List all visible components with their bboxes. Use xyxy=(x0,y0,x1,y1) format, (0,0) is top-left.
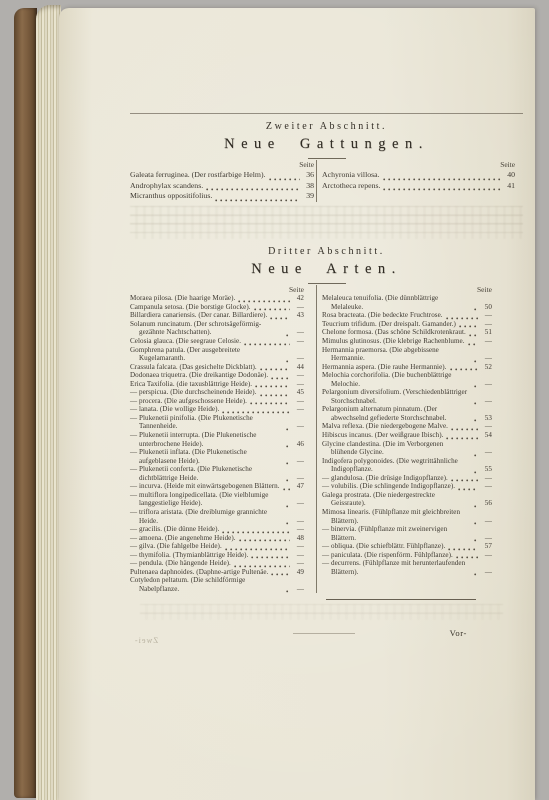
index-entry: — multiflora longipedicellata. (Die viel… xyxy=(130,491,304,508)
entry-text: — thymifolia. (Thymianblättrige Heide). xyxy=(130,551,248,560)
dot-leader xyxy=(469,330,478,337)
dot-leader xyxy=(244,339,290,346)
dot-leader xyxy=(250,398,290,405)
index-entry: — Plukenetii inflata. (Die Plukenetische… xyxy=(130,448,304,465)
entry-text: Achyronia villosa. xyxy=(322,170,380,181)
entry-text: Campanula setosa. (Die borstige Glocke). xyxy=(130,303,251,312)
index-entry: — Plukenetii pinifolia. (Die Plukenetisc… xyxy=(130,414,304,431)
entry-text: Crassula falcata. (Das gesichelte Dickbl… xyxy=(130,363,257,372)
entry-page-number: — xyxy=(291,371,304,380)
index-entry: — glandulosa. (Die drüsige Indigopflanze… xyxy=(322,474,492,483)
dot-leader xyxy=(286,475,290,482)
entry-text: — pendula. (Die hängende Heide). xyxy=(130,559,231,568)
entry-page-number: — xyxy=(291,337,304,346)
entry-text: Pelargonium alternatum pinnatum. (Der ab… xyxy=(322,405,471,422)
entry-page-number: 50 xyxy=(479,303,492,312)
entry-page-number: 51 xyxy=(479,328,492,337)
entry-text: — obliqua. (Die schiefblättr. Fühlpflanz… xyxy=(322,542,445,551)
heading-rule xyxy=(308,283,346,284)
entry-text: — perspicua. (Die durchscheinende Heide)… xyxy=(130,388,257,397)
dot-leader xyxy=(450,364,478,371)
entry-text: Gomphrena patula. (Der ausgebreitete Kug… xyxy=(130,346,283,363)
dot-leader xyxy=(254,304,290,311)
dot-leader xyxy=(286,501,290,508)
dot-leader xyxy=(286,586,290,593)
entry-text: — decurrens. (Fühlpflanze mit herunterla… xyxy=(322,559,471,576)
page-edges-stack xyxy=(36,5,61,800)
dot-leader xyxy=(286,441,290,448)
entry-text: — glandulosa. (Die drüsige Indigopflanze… xyxy=(322,474,448,483)
bleed-through-band xyxy=(140,604,503,620)
dot-leader xyxy=(474,518,478,525)
catchword: Vor- xyxy=(450,628,467,638)
entry-page-number: — xyxy=(291,559,304,568)
dot-leader xyxy=(474,569,478,576)
entry-page-number: 36 xyxy=(301,170,314,181)
section-arten-heading: Neue Arten. xyxy=(130,261,523,278)
index-entry: Pultenaea daphnoides. (Daphne-artige Pul… xyxy=(130,568,304,577)
index-entry: — thymifolia. (Thymianblättrige Heide). … xyxy=(130,551,304,560)
entry-page-number: 49 xyxy=(291,568,304,577)
entry-text: Billardiera canariensis. (Der canar. Bil… xyxy=(130,311,267,320)
index-entry: Pelargonium diversifolium. (Verschiedenb… xyxy=(322,388,492,405)
entry-text: — Plukenetii pinifolia. (Die Plukenetisc… xyxy=(130,414,283,431)
entry-text: Androphylax scandens. xyxy=(130,181,203,192)
entry-text: — lanata. (Die wollige Heide). xyxy=(130,405,219,414)
dot-leader xyxy=(474,467,478,474)
dot-leader xyxy=(474,501,478,508)
index-entry: Dodonaea triquetra. (Die dreikantige Dod… xyxy=(130,371,304,380)
dot-leader xyxy=(225,544,290,551)
section-gattungen-heading: Neue Gattungen. xyxy=(130,136,523,153)
dot-leader xyxy=(474,356,478,363)
entry-page-number: — xyxy=(291,405,304,414)
dot-leader xyxy=(286,458,290,465)
gattungen-left-column: Seite Galeata ferruginea. (Der rostfarbi… xyxy=(130,160,316,202)
index-entry: Crassula falcata. (Das gesichelte Dickbl… xyxy=(130,363,304,372)
entry-page-number: 56 xyxy=(479,499,492,508)
dot-leader xyxy=(456,552,478,559)
entry-text: Pultenaea daphnoides. (Daphne-artige Pul… xyxy=(130,568,268,577)
entry-page-number: — xyxy=(291,585,304,594)
book-spine xyxy=(14,8,37,798)
arten-right-rows: Melaleuca tenuifolia. (Die dünnblättrige… xyxy=(322,294,492,576)
gattungen-index: Seite Galeata ferruginea. (Der rostfarbi… xyxy=(130,160,523,202)
index-entry: Hermannia aspera. (Die rauhe Hermannie).… xyxy=(322,363,492,372)
book-page: Zweiter Abschnitt. Neue Gattungen. Seite… xyxy=(59,8,535,800)
gattungen-left-rows: Galeata ferruginea. (Der rostfarbige Hel… xyxy=(130,170,314,202)
dot-leader xyxy=(215,195,300,202)
index-entry: — paniculata. (Die rispenförm. Fühlpflan… xyxy=(322,551,492,560)
entry-page-number: — xyxy=(291,542,304,551)
dot-leader xyxy=(283,484,290,491)
entry-text: — triflora aristata. (Die dreiblumige gr… xyxy=(130,508,283,525)
entry-text: — amoena. (Die angenehme Heide). xyxy=(130,534,236,543)
index-entry: Arctotheca repens. 41 xyxy=(322,181,515,192)
entry-page-number: — xyxy=(291,397,304,406)
index-entry: Hibiscus incanus. (Der weißgraue Ibisch)… xyxy=(322,431,492,440)
index-entry: Malva reflexa. (Die niedergebogene Malve… xyxy=(322,422,492,431)
dot-leader xyxy=(239,535,290,542)
entry-text: Solanum runcinatum. (Der schrotsägeförmi… xyxy=(130,320,283,337)
dot-leader xyxy=(286,424,290,431)
seite-label: Seite xyxy=(130,285,304,295)
dot-leader xyxy=(222,527,290,534)
entry-page-number: — xyxy=(479,568,492,577)
index-entry: — volubilis. (Die schlingende Indigopfla… xyxy=(322,482,492,491)
arten-right-column: Seite Melaleuca tenuifolia. (Die dünnblä… xyxy=(316,285,523,594)
entry-text: Hibiscus incanus. (Der weißgraue Ibisch)… xyxy=(322,431,443,440)
entry-text: Erica Taxifolia. (die taxusblättrige Hei… xyxy=(130,380,252,389)
dot-leader xyxy=(251,552,290,559)
index-entry: Mimulus glutinosus. (Die klebrige Rachen… xyxy=(322,337,492,346)
index-entry: — Plukenetii conferta. (Die Plukenetisch… xyxy=(130,465,304,482)
entry-text: Rosa bracteata. (Die bedeckte Fruchtrose… xyxy=(322,311,443,320)
entry-text: Hermannia aspera. (Die rauhe Hermannie). xyxy=(322,363,447,372)
index-entry: Galeata ferruginea. (Der rostfarbige Hel… xyxy=(130,170,314,181)
entry-page-number: 40 xyxy=(502,170,515,181)
index-entry: Indigofera polygonoides. (Die wegtrittäh… xyxy=(322,457,492,474)
index-entry: Gomphrena patula. (Der ausgebreitete Kug… xyxy=(130,346,304,363)
dot-leader xyxy=(383,174,501,181)
entry-page-number: — xyxy=(291,354,304,363)
entry-text: Moraea pilosa. (Die haarige Moräe). xyxy=(130,294,235,303)
dot-leader xyxy=(271,373,290,380)
section-arten-title: Dritter Abschnitt. xyxy=(130,246,523,257)
bleed-through-catchword: Zwei- xyxy=(134,636,158,645)
entry-text: — Plukenetii conferta. (Die Plukenetisch… xyxy=(130,465,283,482)
entry-text: Dodonaea triquetra. (Die dreikantige Dod… xyxy=(130,371,268,380)
entry-page-number: 53 xyxy=(479,414,492,423)
dot-leader xyxy=(383,184,501,191)
entry-text: Mimosa linearis. (Fühlpflanze mit gleich… xyxy=(322,508,471,525)
index-entry: Achyronia villosa. 40 xyxy=(322,170,515,181)
entry-page-number: — xyxy=(291,328,304,337)
index-entry: Moraea pilosa. (Die haarige Moräe). 42 xyxy=(130,294,304,303)
entry-page-number: — xyxy=(479,380,492,389)
entry-text: — procera. (Die aufgeschossene Heide). xyxy=(130,397,247,406)
gattungen-right-column: Seite Achyronia villosa. 40 Arctotheca r… xyxy=(316,160,523,202)
index-entry: — incurva. (Heide mit einwärtsgebogenen … xyxy=(130,482,304,491)
gattungen-right-rows: Achyronia villosa. 40 Arctotheca repens.… xyxy=(322,170,515,191)
dot-leader xyxy=(451,424,478,431)
entry-page-number: 38 xyxy=(301,181,314,192)
entry-page-number: — xyxy=(291,474,304,483)
top-rule xyxy=(130,113,523,114)
index-entry: — gilva. (Die fahlgelbe Heide). — xyxy=(130,542,304,551)
index-entry: — decurrens. (Fühlpflanze mit herunterla… xyxy=(322,559,492,576)
entry-page-number: — xyxy=(291,303,304,312)
entry-page-number: — xyxy=(479,517,492,526)
index-entry: — lanata. (Die wollige Heide). — xyxy=(130,405,304,414)
section-end-rule xyxy=(326,599,476,600)
entry-text: Pelargonium diversifolium. (Verschiedenb… xyxy=(322,388,471,405)
entry-text: Galega prostrata. (Die niedergestreckte … xyxy=(322,491,471,508)
entry-text: — paniculata. (Die rispenförm. Fühlpflan… xyxy=(322,551,453,560)
dot-leader xyxy=(474,415,478,422)
index-entry: — binervia. (Fühlpflanze mit zweinervige… xyxy=(322,525,492,542)
entry-page-number: 52 xyxy=(479,363,492,372)
entry-page-number: 41 xyxy=(502,181,515,192)
index-entry: Melochia corchorifolia. (Die buchenblätt… xyxy=(322,371,492,388)
dot-leader xyxy=(474,450,478,457)
dot-leader xyxy=(238,296,290,303)
entry-text: — volubilis. (Die schlingende Indigopfla… xyxy=(322,482,455,491)
entry-page-number: — xyxy=(291,525,304,534)
entry-page-number: 55 xyxy=(479,465,492,474)
entry-text: Melochia corchorifolia. (Die buchenblätt… xyxy=(322,371,471,388)
entry-text: Mimulus glutinosus. (Die klebrige Rachen… xyxy=(322,337,465,346)
dot-leader xyxy=(448,544,478,551)
entry-page-number: — xyxy=(479,354,492,363)
entry-page-number: 48 xyxy=(291,534,304,543)
index-entry: Celosia glauca. (Die seegraue Celosie. — xyxy=(130,337,304,346)
dot-leader xyxy=(260,390,290,397)
index-entry: — triflora aristata. (Die dreiblumige gr… xyxy=(130,508,304,525)
dot-leader xyxy=(260,364,290,371)
entry-page-number: — xyxy=(479,311,492,320)
entry-text: Galeata ferruginea. (Der rostfarbige Hel… xyxy=(130,170,266,181)
dot-leader xyxy=(459,321,478,328)
entry-page-number: 46 xyxy=(291,440,304,449)
entry-page-number: — xyxy=(291,517,304,526)
entry-page-number: — xyxy=(479,397,492,406)
entry-text: Arctotheca repens. xyxy=(322,181,380,192)
entry-page-number: — xyxy=(291,380,304,389)
index-entry: — procera. (Die aufgeschossene Heide). — xyxy=(130,397,304,406)
arten-left-column: Seite Moraea pilosa. (Die haarige Moräe)… xyxy=(130,285,316,594)
entry-page-number: 47 xyxy=(291,482,304,491)
entry-text: Hermannia praemorsa. (Die abgebissene He… xyxy=(322,346,471,363)
dot-leader xyxy=(206,184,300,191)
entry-page-number: — xyxy=(291,551,304,560)
entry-page-number: — xyxy=(291,457,304,466)
index-entry: Billardiera canariensis. (Der canar. Bil… xyxy=(130,311,304,320)
index-entry: Campanula setosa. (Die borstige Glocke).… xyxy=(130,303,304,312)
index-entry: Pelargonium alternatum pinnatum. (Der ab… xyxy=(322,405,492,422)
entry-page-number: 42 xyxy=(291,294,304,303)
dot-leader xyxy=(222,407,290,414)
entry-page-number: — xyxy=(479,551,492,560)
entry-page-number: — xyxy=(479,337,492,346)
entry-text: Indigofera polygonoides. (Die wegtrittäh… xyxy=(322,457,471,474)
dot-leader xyxy=(446,433,478,440)
entry-text: Celosia glauca. (Die seegraue Celosie. xyxy=(130,337,241,346)
entry-page-number: 45 xyxy=(291,388,304,397)
entry-page-number: 57 xyxy=(479,542,492,551)
index-entry: Chelone formosa. (Das schöne Schildkrote… xyxy=(322,328,492,337)
entry-text: Cotyledon peltatum. (Die schildförmige N… xyxy=(130,576,283,593)
dot-leader xyxy=(255,381,290,388)
index-entry: Cotyledon peltatum. (Die schildförmige N… xyxy=(130,576,304,593)
index-entry: — pendula. (Die hängende Heide). — xyxy=(130,559,304,568)
dot-leader xyxy=(271,569,290,576)
entry-page-number: — xyxy=(479,474,492,483)
entry-text: Micranthus oppositifolius. xyxy=(130,191,212,202)
arten-index: Seite Moraea pilosa. (Die haarige Moräe)… xyxy=(130,285,523,594)
index-entry: Teucrium trifidum. (Der dreispalt. Gaman… xyxy=(322,320,492,329)
dot-leader xyxy=(474,304,478,311)
index-entry: Solanum runcinatum. (Der schrotsägeförmi… xyxy=(130,320,304,337)
dot-leader xyxy=(474,398,478,405)
dot-leader xyxy=(474,381,478,388)
dot-leader xyxy=(474,535,478,542)
entry-text: Chelone formosa. (Das schöne Schildkrote… xyxy=(322,328,466,337)
dot-leader xyxy=(270,313,290,320)
dot-leader xyxy=(286,356,290,363)
dot-leader xyxy=(468,339,478,346)
index-entry: — Plukenetii interrupta. (Die Plukenetis… xyxy=(130,431,304,448)
entry-text: — gracilis. (Die dünne Heide). xyxy=(130,525,219,534)
index-entry: Rosa bracteata. (Die bedeckte Fruchtrose… xyxy=(322,311,492,320)
seite-label: Seite xyxy=(322,285,492,295)
dot-leader xyxy=(286,330,290,337)
entry-text: — Plukenetii inflata. (Die Plukenetische… xyxy=(130,448,283,465)
book-photo: Zweiter Abschnitt. Neue Gattungen. Seite… xyxy=(0,0,549,800)
arten-left-rows: Moraea pilosa. (Die haarige Moräe). 42 C… xyxy=(130,294,304,593)
entry-text: Glycine clandestina. (Die im Verborgenen… xyxy=(322,440,471,457)
index-entry: — obliqua. (Die schiefblättr. Fühlpflanz… xyxy=(322,542,492,551)
entry-page-number: — xyxy=(291,499,304,508)
dot-leader xyxy=(286,518,290,525)
index-entry: Micranthus oppositifolius. 39 xyxy=(130,191,314,202)
index-entry: Galega prostrata. (Die niedergestreckte … xyxy=(322,491,492,508)
index-entry: — gracilis. (Die dünne Heide). — xyxy=(130,525,304,534)
dot-leader xyxy=(446,313,478,320)
entry-page-number: 39 xyxy=(301,191,314,202)
section-gattungen-title: Zweiter Abschnitt. xyxy=(130,121,523,132)
entry-text: — incurva. (Heide mit einwärtsgebogenen … xyxy=(130,482,280,491)
entry-text: Melaleuca tenuifolia. (Die dünnblättrige… xyxy=(322,294,471,311)
index-entry: Erica Taxifolia. (die taxusblättrige Hei… xyxy=(130,380,304,389)
index-entry: Melaleuca tenuifolia. (Die dünnblättrige… xyxy=(322,294,492,311)
entry-page-number: 44 xyxy=(291,363,304,372)
entry-page-number: — xyxy=(479,422,492,431)
entry-text: — multiflora longipedicellata. (Die viel… xyxy=(130,491,283,508)
entry-text: — binervia. (Fühlpflanze mit zweinervige… xyxy=(322,525,471,542)
dot-leader xyxy=(269,174,300,181)
entry-text: Malva reflexa. (Die niedergebogene Malve… xyxy=(322,422,448,431)
seite-label: Seite xyxy=(322,160,515,170)
entry-page-number: — xyxy=(479,320,492,329)
index-entry: Mimosa linearis. (Fühlpflanze mit gleich… xyxy=(322,508,492,525)
index-entry: Glycine clandestina. (Die im Verborgenen… xyxy=(322,440,492,457)
page-content: Zweiter Abschnitt. Neue Gattungen. Seite… xyxy=(130,8,523,656)
page-footer: Zwei- Vor- xyxy=(130,620,523,656)
heading-rule xyxy=(308,158,346,159)
dot-leader xyxy=(234,561,290,568)
index-entry: — amoena. (Die angenehme Heide). 48 xyxy=(130,534,304,543)
entry-page-number: 54 xyxy=(479,431,492,440)
entry-page-number: 43 xyxy=(291,311,304,320)
entry-text: — gilva. (Die fahlgelbe Heide). xyxy=(130,542,222,551)
entry-page-number: — xyxy=(479,534,492,543)
dot-leader xyxy=(451,475,478,482)
entry-page-number: — xyxy=(479,448,492,457)
faint-rule xyxy=(293,633,355,634)
dot-leader xyxy=(458,484,478,491)
index-entry: Hermannia praemorsa. (Die abgebissene He… xyxy=(322,346,492,363)
entry-text: Teucrium trifidum. (Der dreispalt. Gaman… xyxy=(322,320,456,329)
entry-page-number: — xyxy=(479,482,492,491)
entry-page-number: — xyxy=(291,422,304,431)
bleed-through-band xyxy=(130,206,523,239)
entry-text: — Plukenetii interrupta. (Die Plukenetis… xyxy=(130,431,283,448)
index-entry: Androphylax scandens. 38 xyxy=(130,181,314,192)
index-entry: — perspicua. (Die durchscheinende Heide)… xyxy=(130,388,304,397)
seite-label: Seite xyxy=(130,160,314,170)
